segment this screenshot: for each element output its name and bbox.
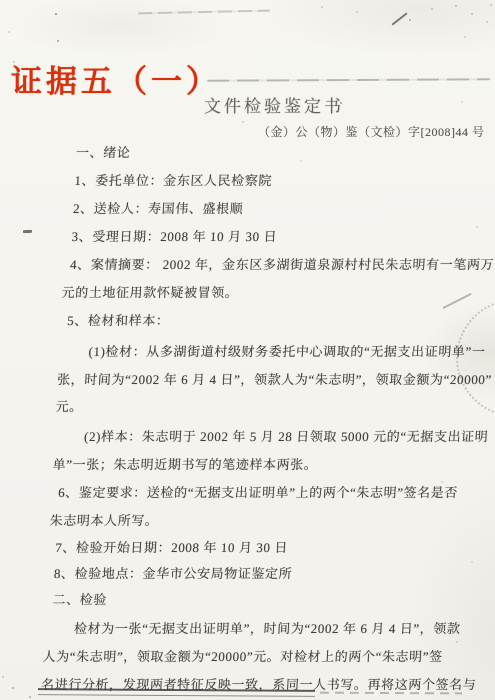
doc-line: 元的土地征用款怀疑被冒领。 — [61, 285, 239, 300]
doc-line: 人为“朱志明”，领取金额为“20000”元。对检材上的两个“朱志明”签 — [42, 649, 443, 664]
document-body: 一、绪论 1、委托单位：金东区人民检察院 2、送检人：寿国伟、盛根顺 3、受理日… — [0, 0, 495, 700]
doc-line: (2)样本：朱志明于 2002 年 5 月 28 日领取 5000 元的“无据支… — [84, 429, 489, 444]
doc-line: 8、检验地点：金华市公安局物证鉴定所 — [54, 566, 293, 581]
doc-line: 7、检验开始日期：2008 年 10 月 30 日 — [55, 540, 289, 555]
doc-line: 5、检材和样本： — [67, 313, 170, 328]
doc-line: 元。 — [55, 399, 83, 414]
doc-line: 3、受理日期：2008 年 10 月 30 日 — [71, 229, 277, 244]
doc-line: 朱志明本人所写。 — [49, 513, 159, 528]
doc-line: 单”一张；朱志明近期书写的笔迹样本两张。 — [52, 457, 318, 472]
doc-line: 4、案情摘要： 2002 年，金东区多湖街道泉源村村民朱志明有一笔两万 — [70, 257, 495, 272]
doc-line: 1、委托单位：金东区人民检察院 — [74, 173, 272, 188]
doc-line: 2、送检人：寿国伟、盛根顺 — [73, 201, 244, 216]
doc-line-section-2: 二、检验 — [52, 592, 107, 607]
doc-line: (1)检材：从多湖街道村级财务委托中心调取的“无据支出证明单”一 — [88, 344, 486, 359]
scanned-document-page: 证据五（一） 文件检验鉴定书 （金）公（物）鉴（文检）字[2008]44 号 一… — [0, 0, 495, 700]
doc-line: 张，时间为“2002 年 6 月 4 日”，领款人为“朱志明”，领取金额为“20… — [57, 372, 493, 387]
doc-line: 检材为一张“无据支出证明单”，时间为“2002 年 6 月 4 日”，领款 — [74, 621, 461, 636]
doc-line-section-1: 一、绪论 — [76, 145, 131, 160]
doc-line: 6、鉴定要求：送检的“无据支出证明单”上的两个“朱志明”签名是否 — [58, 485, 459, 500]
